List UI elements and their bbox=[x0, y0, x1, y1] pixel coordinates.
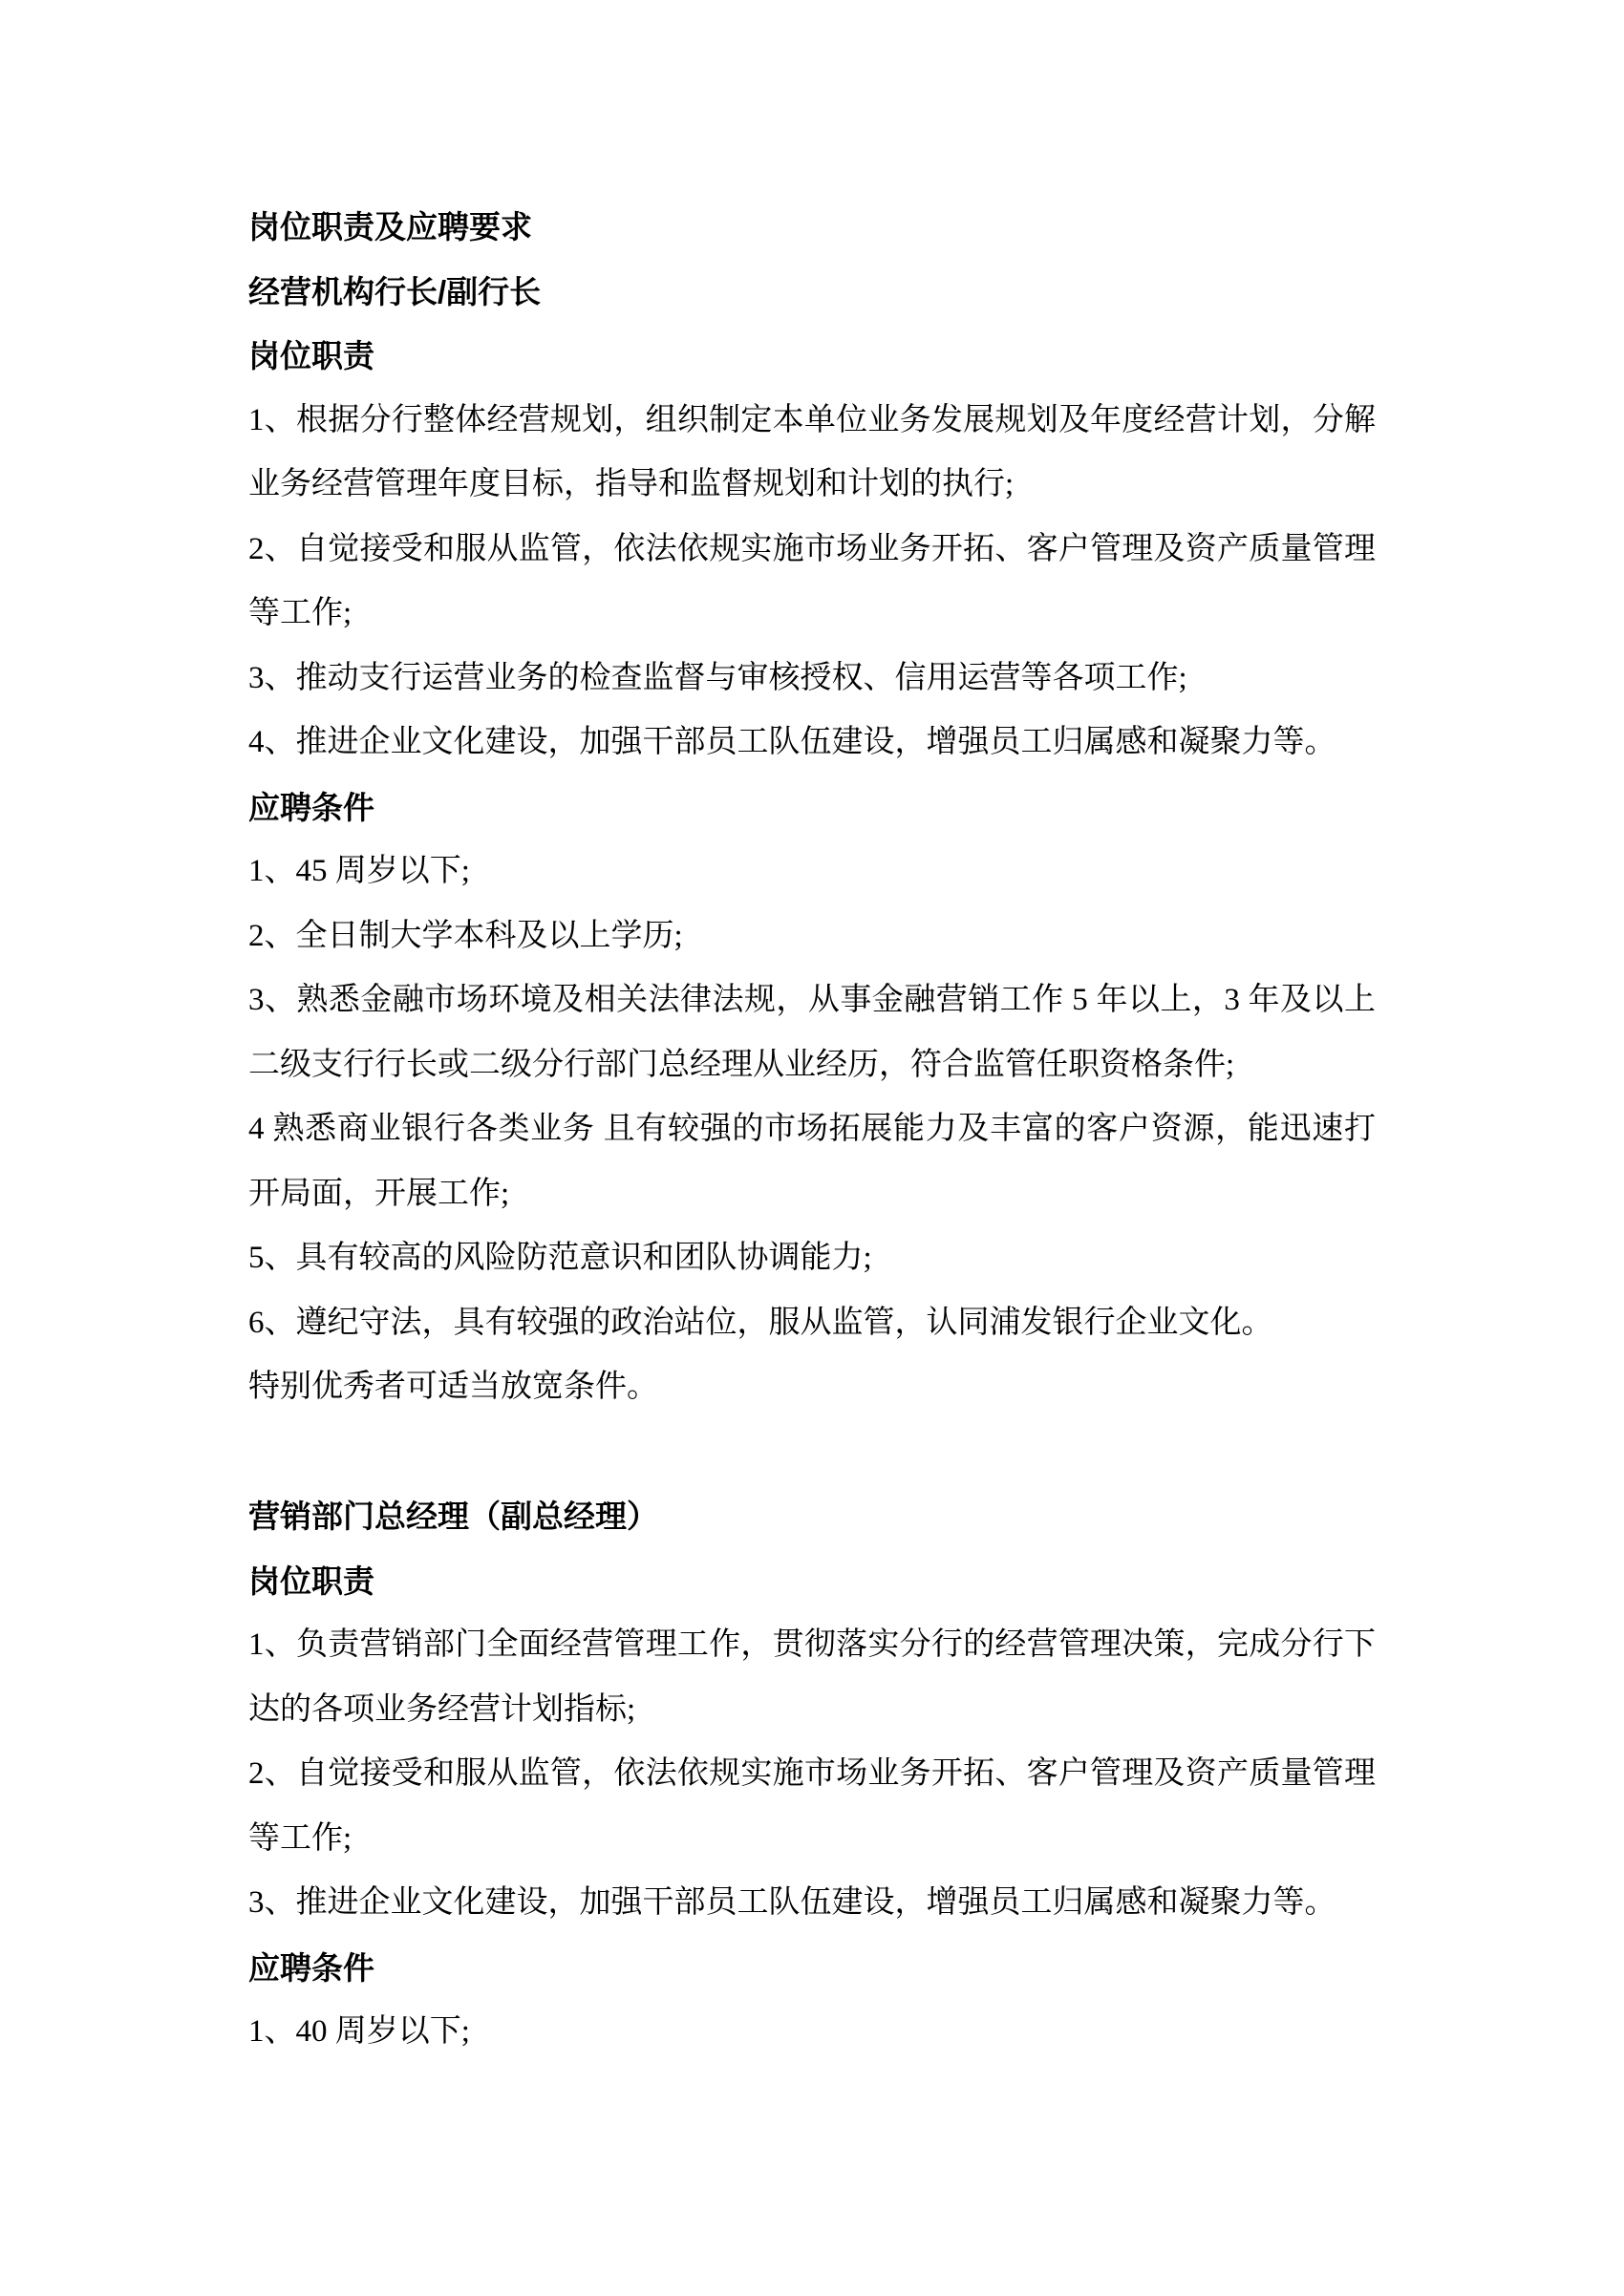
duty-item: 4、推进企业文化建设，加强干部员工队伍建设，增强员工归属感和凝聚力等。 bbox=[248, 711, 1376, 776]
requirements-heading-1: 应聘条件 bbox=[248, 776, 1376, 840]
requirement-item: 4 熟悉商业银行各类业务 且有较强的市场拓展能力及丰富的客户资源，能迅速打开局面… bbox=[248, 1097, 1376, 1226]
requirement-item: 1、45 周岁以下; bbox=[248, 840, 1376, 904]
requirement-item: 5、具有较高的风险防范意识和团队协调能力; bbox=[248, 1226, 1376, 1291]
duty-item: 3、推进企业文化建设，加强干部员工队伍建设，增强员工归属感和凝聚力等。 bbox=[248, 1871, 1376, 1936]
duty-item: 2、自觉接受和服从监管，依法依规实施市场业务开拓、客户管理及资产质量管理等工作; bbox=[248, 518, 1376, 647]
position-title-1: 经营机构行长/副行长 bbox=[248, 260, 1376, 325]
duty-item: 2、自觉接受和服从监管，依法依规实施市场业务开拓、客户管理及资产质量管理等工作; bbox=[248, 1742, 1376, 1871]
duty-item: 3、推动支行运营业务的检查监督与审核授权、信用运营等各项工作; bbox=[248, 647, 1376, 712]
requirement-item: 6、遵纪守法，具有较强的政治站位，服从监管，认同浦发银行企业文化。 bbox=[248, 1291, 1376, 1356]
duties-heading-1: 岗位职责 bbox=[248, 324, 1376, 389]
duty-item: 1、负责营销部门全面经营管理工作，贯彻落实分行的经营管理决策，完成分行下达的各项… bbox=[248, 1613, 1376, 1742]
note-line: 特别优秀者可适当放宽条件。 bbox=[248, 1355, 1376, 1420]
duty-item: 1、根据分行整体经营规划，组织制定本单位业务发展规划及年度经营计划，分解业务经营… bbox=[248, 389, 1376, 518]
blank-line bbox=[248, 1420, 1376, 1485]
requirement-item: 2、全日制大学本科及以上学历; bbox=[248, 904, 1376, 969]
doc-title: 岗位职责及应聘要求 bbox=[248, 195, 1376, 260]
document-content: 岗位职责及应聘要求 经营机构行长/副行长 岗位职责 1、根据分行整体经营规划，组… bbox=[248, 195, 1376, 2065]
requirement-item: 1、40 周岁以下; bbox=[248, 2000, 1376, 2065]
duties-heading-2: 岗位职责 bbox=[248, 1549, 1376, 1614]
document-page: 岗位职责及应聘要求 经营机构行长/副行长 岗位职责 1、根据分行整体经营规划，组… bbox=[0, 0, 1624, 2296]
requirement-item: 3、熟悉金融市场环境及相关法律法规，从事金融营销工作 5 年以上，3 年及以上二… bbox=[248, 968, 1376, 1097]
requirements-heading-2: 应聘条件 bbox=[248, 1936, 1376, 2001]
position-title-2: 营销部门总经理（副总经理） bbox=[248, 1484, 1376, 1549]
